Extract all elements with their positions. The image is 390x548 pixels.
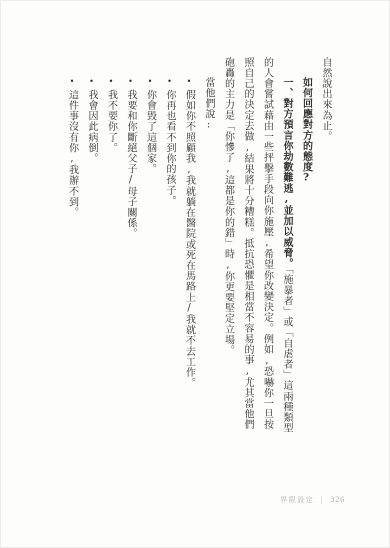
list-item: •我會因此病倒。 [82, 57, 102, 435]
footer-separator: | [320, 496, 324, 504]
list-item-text: 我不要你了。 [106, 90, 117, 154]
bullet-icon: • [87, 77, 96, 87]
bullet-icon: • [185, 77, 194, 87]
book-page: 自然說出來為止。 如何回應對方的態度? 一、對方預言你劫數難逃,並加以威脅。「施… [0, 0, 390, 548]
list-item: •假如你不照顧我,我就躺在醫院或死在馬路上/我就不去工作。 [179, 57, 199, 435]
list-item: •我要和你斷絕父子/母子關係。 [121, 57, 141, 435]
list-item-text: 我會因此病倒。 [86, 90, 97, 164]
page-number: 326 [330, 496, 345, 504]
list-item: •你會毀了這個家。 [140, 57, 160, 435]
section-heading: 如何回應對方的態度? [296, 57, 316, 435]
list-intro: 當他們說: [199, 57, 219, 435]
list-item-text: 你再也看不到你的孩子。 [164, 90, 175, 207]
page-footer: 界限設定 | 326 [280, 495, 345, 505]
list-item-text: 你會毀了這個家。 [145, 90, 156, 175]
bullet-icon: • [146, 77, 155, 87]
page-text: 自然說出來為止。 如何回應對方的態度? 一、對方預言你劫數難逃,並加以威脅。「施… [62, 57, 335, 435]
list-item-text: 假如你不照顧我,我就躺在醫院或死在馬路上/我就不去工作。 [184, 90, 195, 389]
list-item: •我不要你了。 [101, 57, 121, 435]
bullet-icon: • [107, 77, 116, 87]
list-item-text: 我要和你斷絕父子/母子關係。 [125, 90, 136, 239]
bullet-icon: • [68, 77, 77, 87]
bullet-icon: • [165, 77, 174, 87]
point-paragraph: 一、對方預言你劫數難逃,並加以威脅。「施暴者」或「自虐者」這兩種類型的人會嘗試藉… [218, 57, 296, 435]
closing-line: 自然說出來為止。 [316, 57, 336, 435]
list-item: •你再也看不到你的孩子。 [160, 57, 180, 435]
list-item-text: 這件事沒有你,我辦不到。 [67, 90, 78, 218]
list-item: •這件事沒有你,我辦不到。 [62, 57, 82, 435]
bullet-icon: • [126, 77, 135, 87]
point-lead: 一、對方預言你劫數難逃,並加以威脅。 [281, 77, 292, 269]
running-title: 界限設定 [280, 495, 314, 505]
